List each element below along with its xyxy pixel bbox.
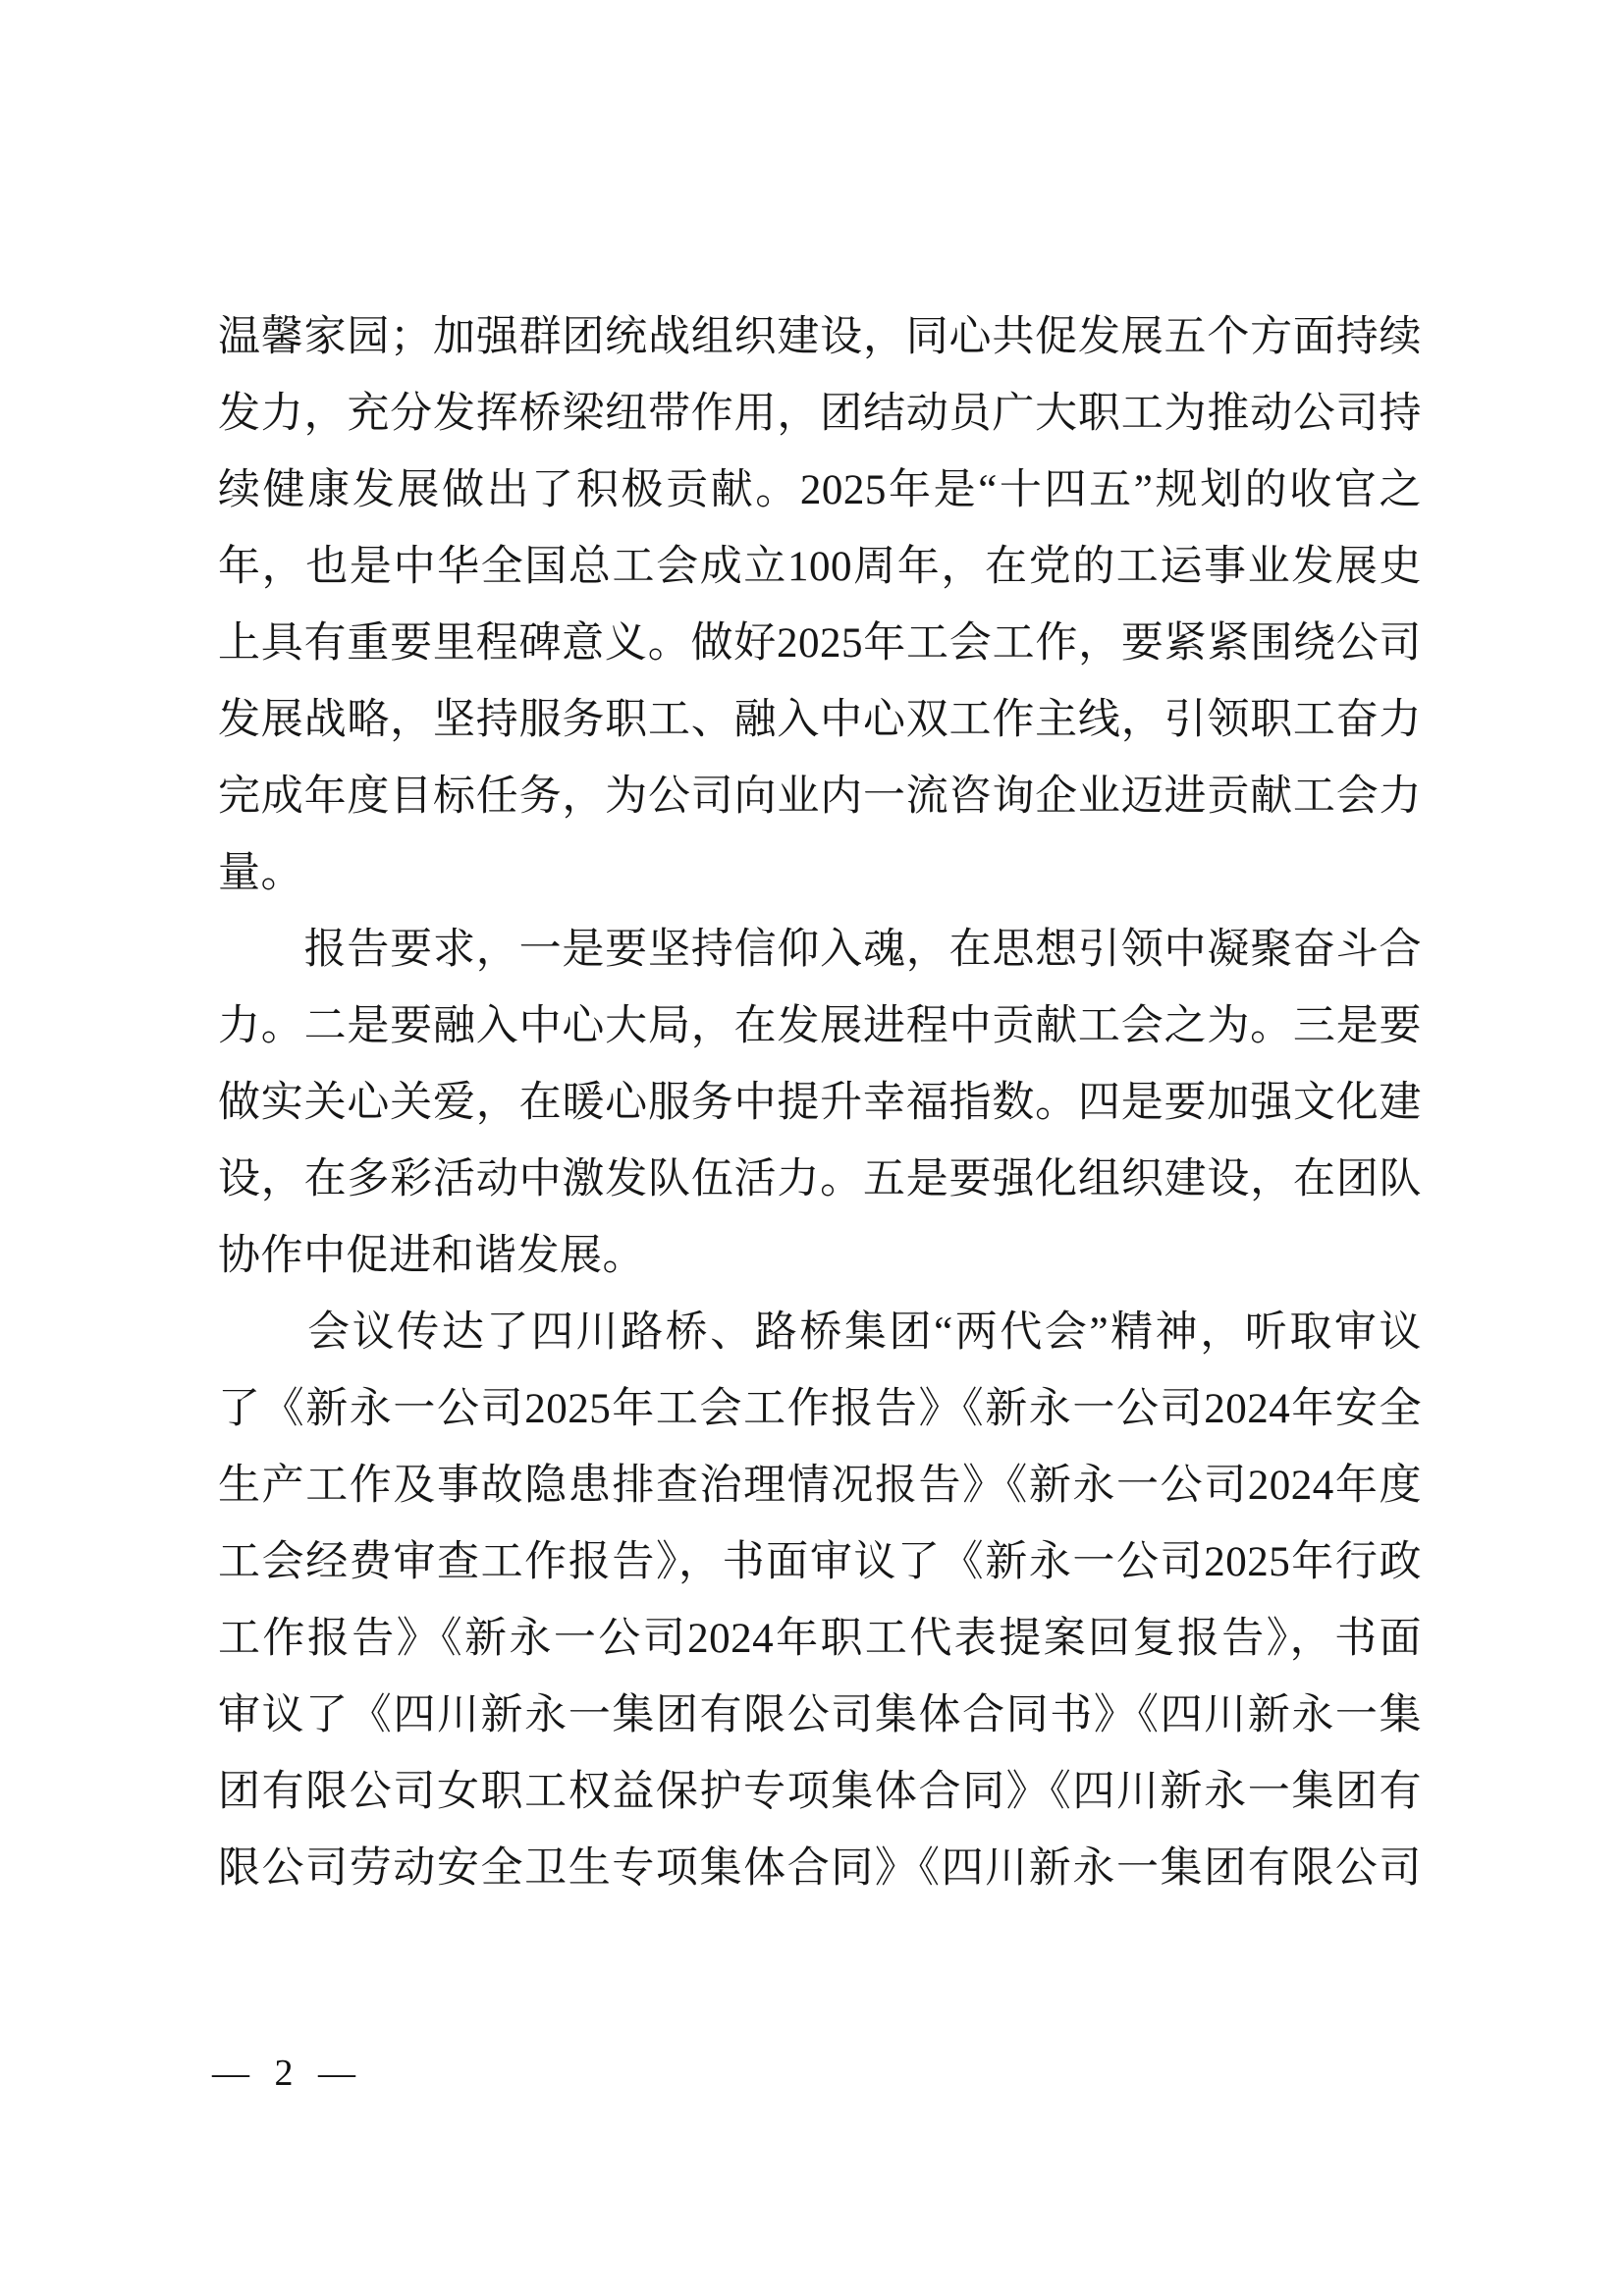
body-text-line: 协作中促进和谐发展。 bbox=[218, 1218, 1422, 1295]
body-text-line: 上具有重要里程碑意义。做好2025年工会工作，要紧紧围绕公司 bbox=[218, 606, 1422, 682]
body-text-line: 工作报告》《新永一公司2024年职工代表提案回复报告》，书面 bbox=[218, 1601, 1422, 1678]
body-text-line: 完成年度目标任务，为公司向业内一流咨询企业迈进贡献工会力 bbox=[218, 759, 1422, 835]
body-text-line: 发力，充分发挥桥梁纽带作用，团结动员广大职工为推动公司持 bbox=[218, 376, 1422, 453]
page-number: — 2 — bbox=[212, 2050, 363, 2097]
body-text-line: 力。二是要融入中心大局，在发展进程中贡献工会之为。三是要 bbox=[218, 988, 1422, 1065]
document-page: 温馨家园；加强群团统战组织建设，同心共促发展五个方面持续 发力，充分发挥桥梁纽带… bbox=[0, 0, 1624, 2296]
body-text-line: 发展战略，坚持服务职工、融入中心双工作主线，引领职工奋力 bbox=[218, 682, 1422, 759]
body-text-line: 温馨家园；加强群团统战组织建设，同心共促发展五个方面持续 bbox=[218, 299, 1422, 376]
body-text-line: 会议传达了四川路桥、路桥集团“两代会”精神，听取审议 bbox=[218, 1295, 1422, 1371]
body-text-block: 温馨家园；加强群团统战组织建设，同心共促发展五个方面持续 发力，充分发挥桥梁纽带… bbox=[218, 299, 1422, 1907]
body-text-line: 年，也是中华全国总工会成立100周年，在党的工运事业发展史 bbox=[218, 529, 1422, 606]
body-text-line: 设，在多彩活动中激发队伍活力。五是要强化组织建设，在团队 bbox=[218, 1142, 1422, 1218]
body-text-line: 团有限公司女职工权益保护专项集体合同》《四川新永一集团有 bbox=[218, 1754, 1422, 1831]
body-text-line: 了《新永一公司2025年工会工作报告》《新永一公司2024年安全 bbox=[218, 1371, 1422, 1448]
body-text-line: 工会经费审查工作报告》，书面审议了《新永一公司2025年行政 bbox=[218, 1524, 1422, 1601]
body-text-line: 生产工作及事故隐患排查治理情况报告》《新永一公司2024年度 bbox=[218, 1448, 1422, 1524]
body-text-line: 审议了《四川新永一集团有限公司集体合同书》《四川新永一集 bbox=[218, 1678, 1422, 1754]
body-text-line: 量。 bbox=[218, 835, 1422, 912]
body-text-line: 续健康发展做出了积极贡献。2025年是“十四五”规划的收官之 bbox=[218, 453, 1422, 529]
body-text-line: 做实关心关爱，在暖心服务中提升幸福指数。四是要加强文化建 bbox=[218, 1065, 1422, 1142]
body-text-line: 报告要求，一是要坚持信仰入魂，在思想引领中凝聚奋斗合 bbox=[218, 912, 1422, 988]
body-text-line: 限公司劳动安全卫生专项集体合同》《四川新永一集团有限公司 bbox=[218, 1831, 1422, 1907]
